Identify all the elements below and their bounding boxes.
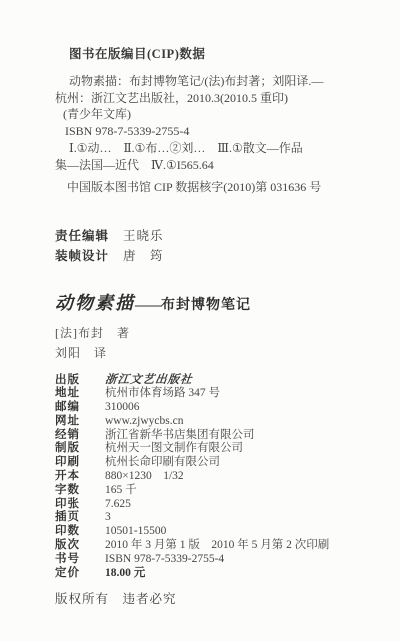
copyright-page: 图书在版编目(CIP)数据 动物素描：布封博物笔记/(法)布封著；刘阳译.— 杭… [0,0,400,641]
cip-classification-line: 集—法国—近代 Ⅳ.①I565.64 [55,157,358,174]
cip-classification-block: Ⅰ.①动… Ⅱ.①布…②刘… Ⅲ.①散文—作品 集—法国—近代 Ⅳ.①I565.… [55,140,358,173]
cip-heading: 图书在版编目(CIP)数据 [69,44,358,62]
detail-row-word-count: 字数 165 千 [55,484,358,498]
detail-value: 880×1230 1/32 [105,470,184,484]
book-title: 动物素描——布封博物笔记 [55,292,358,317]
detail-label: 插页 [55,511,89,525]
author-line: [法]布封 著 [55,323,358,344]
detail-label: 开本 [55,470,89,484]
staff-credits: 责任编辑 王晓乐 装帧设计 唐 筠 [55,226,358,266]
detail-row-sheets: 印张 7.625 [55,498,358,512]
detail-value: 165 千 [105,484,137,498]
detail-row-publisher: 出版 浙江文艺出版社 [55,374,358,388]
copyright-notice: 版权所有 违者必究 [55,589,358,607]
detail-label: 字数 [55,484,89,498]
translator-line: 刘阳 译 [55,343,358,364]
book-title-subtitle: 布封博物笔记 [161,298,251,313]
staff-label: 责任编辑 [55,226,109,246]
detail-label: 书号 [55,553,89,567]
website-url: www.zjwycbs.cn [105,415,183,429]
detail-label: 制版 [55,442,89,456]
detail-value: 杭州市体育场路 347 号 [105,387,220,401]
detail-row-inserts: 插页 3 [55,511,358,525]
detail-row-isbn: 书号 ISBN 978-7-5339-2755-4 [55,553,358,567]
detail-value: 2010 年 3 月第 1 版 2010 年 5 月第 2 次印刷 [105,539,329,553]
detail-label: 印刷 [55,456,89,470]
cip-record-line: 动物素描：布封博物笔记/(法)布封著；刘阳译.— [69,73,358,90]
detail-label: 版次 [55,539,89,553]
title-block: 动物素描——布封博物笔记 [法]布封 著 刘阳 译 [55,292,358,364]
detail-value: 杭州长命印刷有限公司 [105,456,220,470]
detail-value: 10501-15500 [105,525,166,539]
staff-value: 唐 筠 [123,246,164,266]
detail-label: 印数 [55,525,89,539]
cip-record-number: 中国版本图书馆 CIP 数据核字(2010)第 031636 号 [67,179,358,196]
staff-row-editor: 责任编辑 王晓乐 [55,226,358,246]
detail-label: 网址 [55,415,89,429]
cip-record-block: 动物素描：布封博物笔记/(法)布封著；刘阳译.— 杭州：浙江文艺出版社，2010… [55,73,358,139]
detail-row-postcode: 邮编 310006 [55,401,358,415]
detail-label: 邮编 [55,401,89,415]
cip-classification-line: Ⅰ.①动… Ⅱ.①布…②刘… Ⅲ.①散文—作品 [69,140,358,157]
detail-row-printer: 印刷 杭州长命印刷有限公司 [55,456,358,470]
detail-row-typesetting: 制版 杭州天一图文制作有限公司 [55,442,358,456]
detail-row-format: 开本 880×1230 1/32 [55,470,358,484]
detail-label: 印张 [55,498,89,512]
detail-value: 7.625 [105,498,131,512]
detail-row-address: 地址 杭州市体育场路 347 号 [55,387,358,401]
detail-value: 310006 [105,401,140,415]
price-value: 18.00 元 [105,567,145,581]
detail-value: 浙江省新华书店集团有限公司 [105,429,255,443]
detail-value: 3 [105,511,111,525]
publisher-logotype: 浙江文艺出版社 [104,374,193,388]
detail-row-distributor: 经销 浙江省新华书店集团有限公司 [55,429,358,443]
detail-label: 地址 [55,387,89,401]
staff-value: 王晓乐 [123,226,164,246]
detail-label: 定价 [55,567,89,581]
page-content: 图书在版编目(CIP)数据 动物素描：布封博物笔记/(法)布封著；刘阳译.— 杭… [0,0,400,607]
detail-value: 杭州天一图文制作有限公司 [105,442,243,456]
detail-row-print-run: 印数 10501-15500 [55,525,358,539]
detail-label: 经销 [55,429,89,443]
detail-row-edition: 版次 2010 年 3 月第 1 版 2010 年 5 月第 2 次印刷 [55,539,358,553]
detail-label: 出版 [55,374,89,388]
staff-row-designer: 装帧设计 唐 筠 [55,246,358,266]
staff-label: 装帧设计 [55,246,109,266]
detail-row-price: 定价 18.00 元 [55,567,358,581]
cip-record-line: (青少年文库) [63,106,358,123]
publication-details: 出版 浙江文艺出版社 地址 杭州市体育场路 347 号 邮编 310006 网址… [55,374,358,581]
isbn-number: ISBN 978-7-5339-2755-4 [105,553,224,567]
cip-record-line: ISBN 978-7-5339-2755-4 [65,123,358,140]
cip-record-line: 杭州：浙江文艺出版社，2010.3(2010.5 重印) [55,90,358,107]
title-dash: —— [135,298,161,313]
detail-row-website: 网址 www.zjwycbs.cn [55,415,358,429]
book-title-main: 动物素描 [55,293,135,313]
